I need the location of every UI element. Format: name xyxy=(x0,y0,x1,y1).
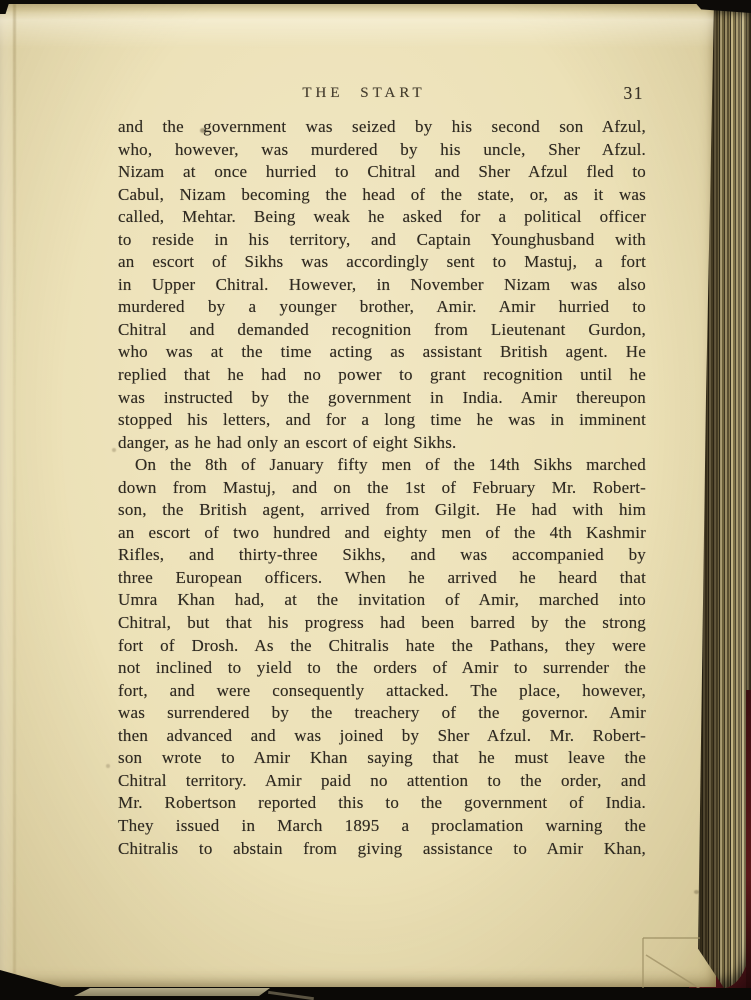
text-line: was surrendered by the treachery of the … xyxy=(118,702,646,725)
paper-speck xyxy=(106,764,110,768)
running-header: THE START 31 xyxy=(118,85,646,105)
text-line: not inclined to yield to the orders of A… xyxy=(118,657,646,680)
page-gutter-shadow xyxy=(13,4,16,987)
page-number: 31 xyxy=(624,83,645,104)
text-line: who was at the time acting as assistant … xyxy=(118,341,646,364)
text-line: stopped his letters, and for a long time… xyxy=(118,409,646,432)
paper-speck xyxy=(112,448,116,452)
book-page: THE START 31 and the government was seiz… xyxy=(0,4,716,987)
text-line: son, the British agent, arrived from Gil… xyxy=(118,499,646,522)
text-line: danger, as he had only an escort of eigh… xyxy=(118,432,646,455)
text-line: Chitral, but that his progress had been … xyxy=(118,612,646,635)
text-line: Mr. Robertson reported this to the gover… xyxy=(118,792,646,815)
text-line: Cabul, Nizam becoming the head of the st… xyxy=(118,184,646,207)
header-title: THE START xyxy=(302,85,425,102)
text-line: who, however, was murdered by his uncle,… xyxy=(118,139,646,162)
text-line: Rifles, and thirty-three Sikhs, and was … xyxy=(118,544,646,567)
text-line: called, Mehtar. Being weak he asked for … xyxy=(118,206,646,229)
text-line: then advanced and was joined by Sher Afz… xyxy=(118,725,646,748)
text-line: Chitralis to abstain from giving assista… xyxy=(118,838,646,861)
under-page-edge xyxy=(74,988,270,996)
text-line: fort of Drosh. As the Chitralis hate the… xyxy=(118,635,646,658)
text-line: Chitral and demanded recognition from Li… xyxy=(118,319,646,342)
text-line: down from Mastuj, and on the 1st of Febr… xyxy=(118,477,646,500)
text-line: and the government was seized by his sec… xyxy=(118,116,646,139)
text-line: replied that he had no power to grant re… xyxy=(118,364,646,387)
text-line: They issued in March 1895 a proclamation… xyxy=(118,815,646,838)
text-line: murdered by a younger brother, Amir. Ami… xyxy=(118,296,646,319)
text-line: Nizam at once hurried to Chitral and She… xyxy=(118,161,646,184)
text-line: was instructed by the government in Indi… xyxy=(118,387,646,410)
text-line: Chitral territory. Amir paid no attentio… xyxy=(118,770,646,793)
text-line: fort, and were consequently attacked. Th… xyxy=(118,680,646,703)
text-line: three European officers. When he arrived… xyxy=(118,567,646,590)
text-line: an escort of two hundred and eighty men … xyxy=(118,522,646,545)
paper-speck xyxy=(694,890,699,894)
text-line: Umra Khan had, at the invitation of Amir… xyxy=(118,589,646,612)
text-line: in Upper Chitral. However, in November N… xyxy=(118,274,646,297)
text-line: to reside in his territory, and Captain … xyxy=(118,229,646,252)
text-line: son wrote to Amir Khan saying that he mu… xyxy=(118,747,646,770)
text-block: and the government was seized by his sec… xyxy=(118,116,646,860)
book-cover-edge xyxy=(746,690,751,1000)
text-line: On the 8th of January fifty men of the 1… xyxy=(118,454,646,477)
text-line: an escort of Sikhs was accordingly sent … xyxy=(118,251,646,274)
book-photo: THE START 31 and the government was seiz… xyxy=(0,0,751,1000)
scan-edge-top xyxy=(0,0,751,4)
